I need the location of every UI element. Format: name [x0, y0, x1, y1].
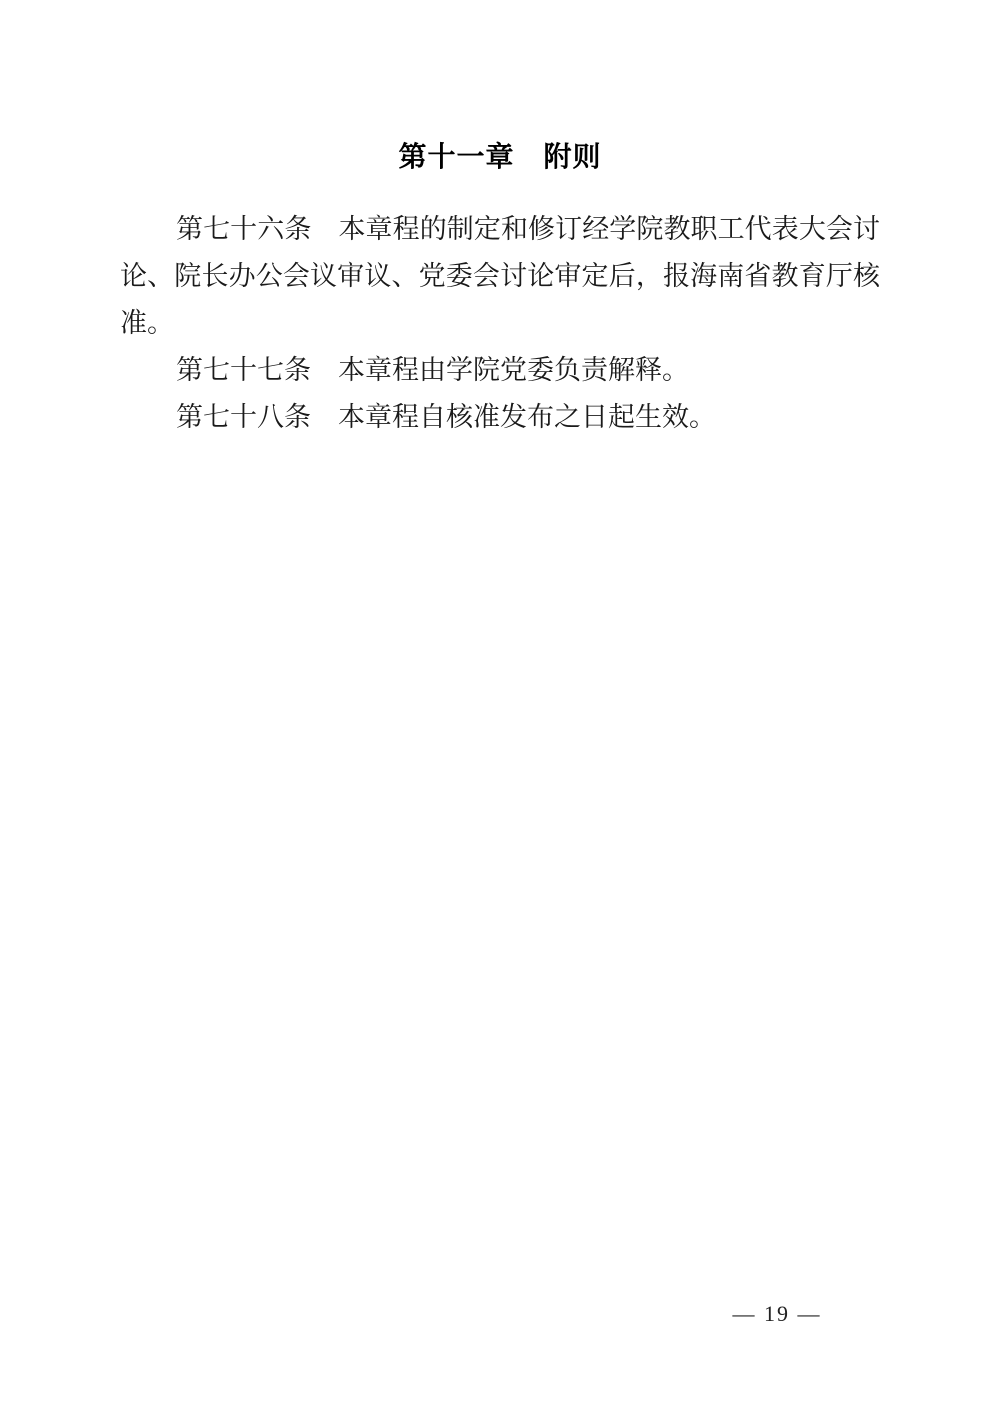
document-page: 第十一章 附则 第七十六条 本章程的制定和修订经学院教职工代表大会讨论、院长办公…: [0, 0, 1000, 1414]
paragraph-article-76: 第七十六条 本章程的制定和修订经学院教职工代表大会讨论、院长办公会议审议、党委会…: [120, 206, 880, 347]
page-number: — 19 —: [697, 1301, 857, 1327]
chapter-heading: 第十一章 附则: [0, 141, 1000, 173]
document-body: 第七十六条 本章程的制定和修订经学院教职工代表大会讨论、院长办公会议审议、党委会…: [120, 206, 880, 441]
paragraph-article-77: 第七十七条 本章程由学院党委负责解释。: [120, 347, 880, 394]
paragraph-article-78: 第七十八条 本章程自核准发布之日起生效。: [120, 394, 880, 441]
